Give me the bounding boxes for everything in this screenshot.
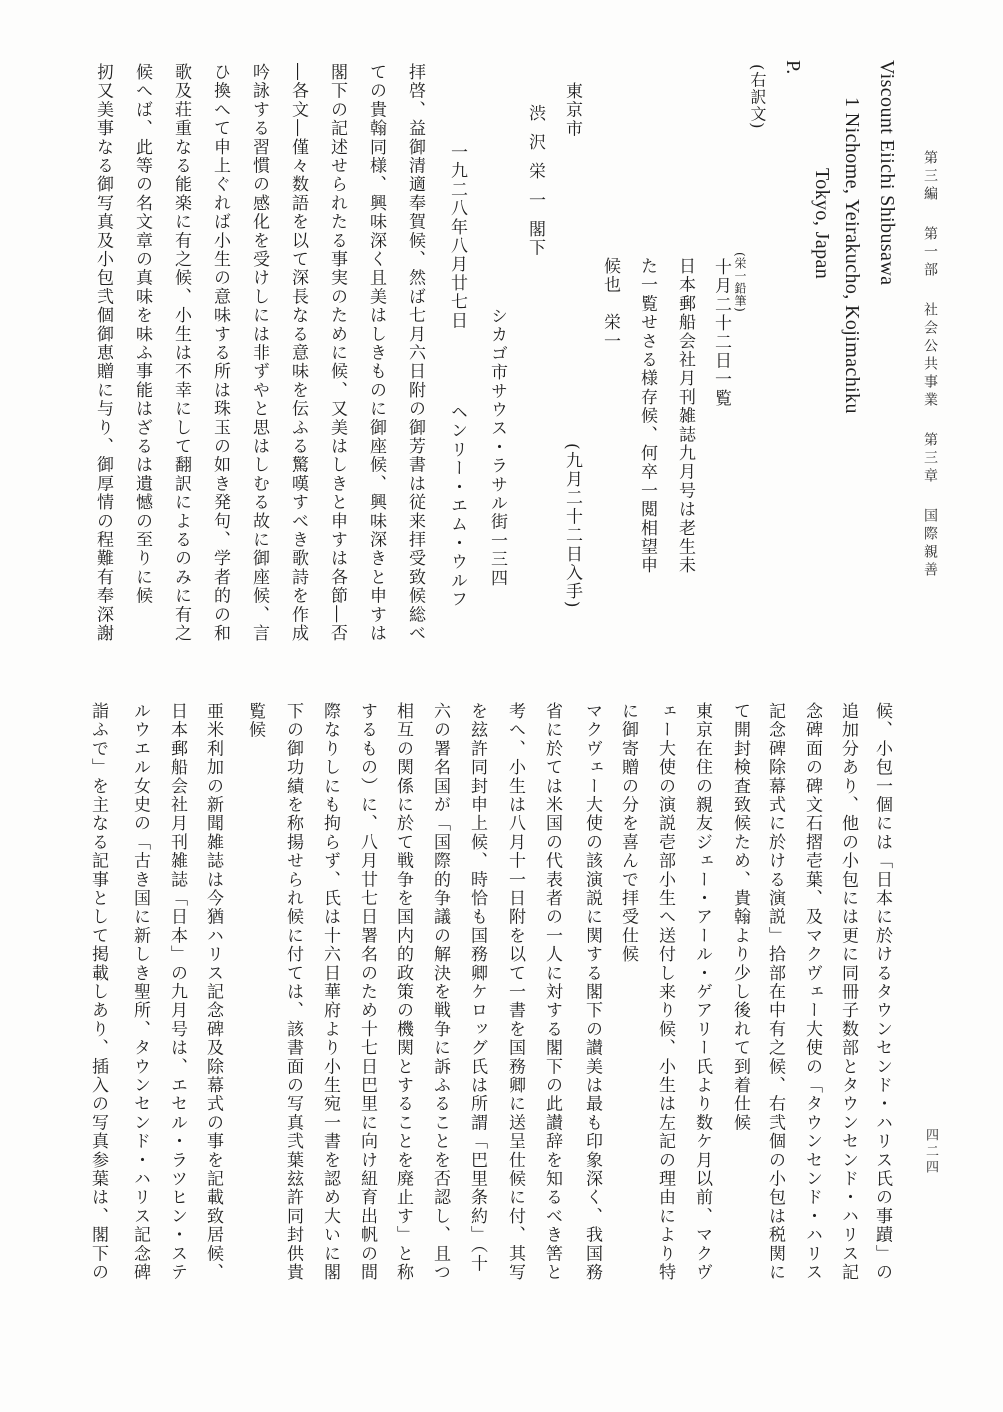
running-header: 第三編第一部社会公共事業第三章国際親善 bbox=[921, 150, 939, 580]
pencil-annotation: (栄一鉛筆) bbox=[733, 252, 747, 312]
translation-label: (右訳文) bbox=[747, 64, 767, 129]
letter-body-line: 追加分あり、他の小包には更に同冊子数部とタウンセンド・ハリス記 bbox=[838, 702, 858, 1282]
letter-body-line: ひ換へて申上ぐれば小生の意味する所は珠玉の如き発句、学者的の和 bbox=[210, 63, 230, 643]
letter-body-line: ―各文―僅々数語を以て深長なる意味を伝ふる驚嘆すべき歌詩を作成 bbox=[288, 63, 308, 643]
letter-body-line: 日本郵船会社月刊雑誌「日本」の九月号は、エセル・ラツヒン・ステ bbox=[167, 702, 187, 1282]
letter-body-line: 相互の関係に於て戦争を国内的政策の機関とすることを廃止す」と称 bbox=[393, 702, 413, 1282]
letter-body-line: ての貴翰同様、興味深く且美はしきものに御座候、興味深きと申すは bbox=[366, 63, 386, 643]
english-address-line1: 1 Nichome, Yeirakucho, Kojimachiku bbox=[840, 97, 864, 414]
english-recipient-name: Viscount Eiichi Shibusawa bbox=[875, 60, 899, 285]
letter-body-line: ェー大使の演説壱部小生へ送付し来り候、小生は左記の理由により特 bbox=[655, 702, 675, 1282]
note-line: た一覧せさる様存候、何卒一閲相望申 bbox=[637, 257, 657, 575]
note-line: 候也 栄一 bbox=[600, 257, 620, 351]
letter-body-line: 亜米利加の新聞雑誌は今猶ハリス記念碑及除幕式の事を記載致居候、 bbox=[203, 702, 223, 1282]
letter-body-line: に御寄贈の分を喜んで拝受仕候 bbox=[618, 702, 638, 964]
letter-body-line: 省に於ては米国の代表者の一人に対する閣下の此讃辞を知るべき筈と bbox=[542, 702, 562, 1282]
header-part-volume: 第三編 bbox=[922, 150, 938, 204]
english-address-line2: Tokyo, Japan bbox=[810, 168, 834, 279]
letter-body-line: 歌及荘重なる能楽に有之候、小生は不幸にして翻訳によるのみに有之 bbox=[171, 63, 191, 643]
letter-body-line: 東京在住の親友ジェー・アール・ゲアリー氏より数ケ月以前、マクヴ bbox=[692, 702, 712, 1282]
letter-body-line: マクヴェー大使の該演説に関する閣下の讃美は最も印象深く、我国務 bbox=[582, 702, 602, 1282]
letter-body-line: を玆許同封申上候、時恰も国務卿ケロッグ氏は所謂「巴里条約」（十 bbox=[467, 702, 487, 1273]
header-section: 社会公共事業 bbox=[922, 302, 938, 410]
recipient: 渋沢栄一閣下 bbox=[525, 104, 545, 257]
recipient-city: 東京市 bbox=[562, 82, 582, 138]
letter-body-line: 詣ふで」を主なる記事として掲載しあり、插入の写真参葉は、閣下の bbox=[88, 702, 108, 1282]
header-chapter-title: 国際親善 bbox=[922, 508, 938, 580]
header-part: 第一部 bbox=[922, 226, 938, 280]
recipient-honorific: 閣下 bbox=[525, 220, 545, 257]
letter-body-line: 記念碑除幕式に於ける演説」拾部在中有之候、右弐個の小包は税関に bbox=[765, 702, 785, 1282]
letter-body-line: 下の御功績を称揚せられ候に付ては、該書面の写真弐葉玆許同封供貴 bbox=[283, 702, 303, 1282]
letter-body-line: 念碑面の碑文石摺壱葉、及マクヴェー大使の「タウンセンド・ハリス bbox=[802, 702, 822, 1282]
letter-body-line: 候、小包一個には「日本に於けるタウンセンド・ハリス氏の事蹟」の bbox=[872, 702, 892, 1282]
letter-body-line: 考へ、小生は八月十一日附を以て一書を国務卿に送呈仕候に付、其写 bbox=[505, 702, 525, 1282]
read-date: 十月二十二日一覧 bbox=[711, 258, 731, 408]
sender-name: ヘンリー・エム・ウルフ bbox=[447, 403, 467, 609]
page-number: 四二四 bbox=[922, 1128, 938, 1176]
letter-body-line: 扨又美事なる御写真及小包弐個御恵贈に与り、御厚情の程難有奉深謝 bbox=[93, 63, 113, 643]
recipient-name: 渋沢栄一 bbox=[525, 104, 545, 220]
document-page: 第三編第一部社会公共事業第三章国際親善 Viscount Eiichi Shib… bbox=[0, 0, 1003, 1412]
letter-date: 一九二八年八月廿七日 bbox=[447, 143, 467, 330]
letter-body-line: 候へば、此等の名文章の真味を味ふ事能はざるは遺憾の至りに候 bbox=[132, 63, 152, 605]
note-line: 日本郵船会社月刊雑誌九月号は老生未 bbox=[675, 257, 695, 575]
letter-body-line: ルウエル女史の「古き国に新しき聖所、タウンセンド・ハリス記念碑 bbox=[130, 702, 150, 1282]
letter-body-line: するもの）に、八月廿七日署名のため十七日巴里に向け紐育出帆の間 bbox=[357, 702, 377, 1282]
letter-body-line: 覧候 bbox=[245, 702, 265, 739]
received-note: (九月二十二日入手) bbox=[562, 443, 582, 609]
english-initial: P. bbox=[781, 60, 805, 75]
sender-address: シカゴ市サウス・ラサル街一三四 bbox=[487, 307, 507, 588]
letter-body-line: 閣下の記述せられたる事実のために候、又美はしきと申すは各節―否 bbox=[327, 63, 347, 643]
letter-body-line: 吟詠する習慣の感化を受けしには非ずやと思はしむる故に御座候、言 bbox=[249, 63, 269, 643]
letter-body-line: て開封検査致候ため、貴翰より少し後れて到着仕候 bbox=[730, 702, 750, 1132]
header-chapter: 第三章 bbox=[922, 432, 938, 486]
letter-body-line: 拝啓、益御清適奉賀候、然ば七月六日附の御芳書は従来拝受致候総べ bbox=[405, 63, 425, 643]
letter-body-line: 際なりしにも拘らず、氏は十六日華府より小生宛一書を認め大いに閣 bbox=[320, 702, 340, 1282]
letter-body-line: 六の署名国が「国際的争議の解決を戦争に訴ふることを否認し、且つ bbox=[430, 702, 450, 1282]
